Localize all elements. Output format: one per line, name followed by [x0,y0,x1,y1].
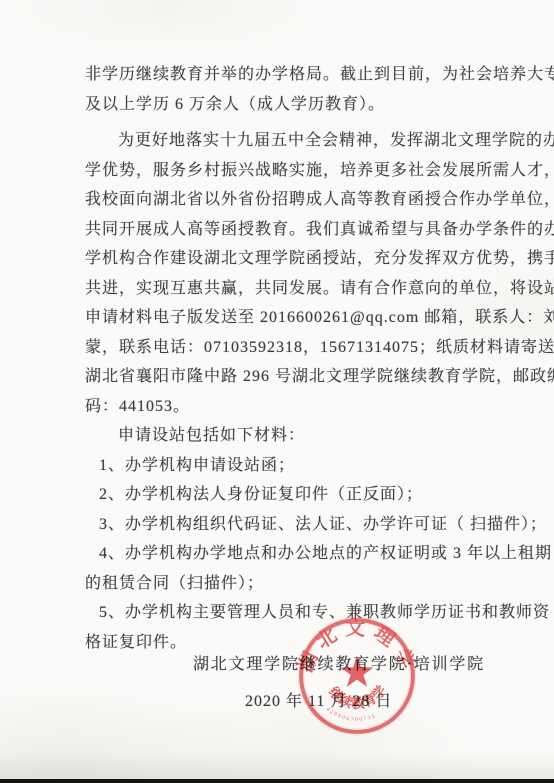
text-line: 码：441053。 [85,392,530,422]
document-body: 非学历继续教育并举的办学格局。截止到目前，为社会培养大专及以上学历 6 万余人（… [85,60,530,657]
seal-code-digits: 420806700725 [325,706,378,723]
text-line: 学机构合作建设湖北文理学院函授站，充分发挥双方优势，携手 [85,244,530,274]
text-line: 蒙，联系电话：07103592318，15671314075；纸质材料请寄送到 [85,333,530,363]
text-line: 湖北省襄阳市隆中路 296 号湖北文理学院继续教育学院，邮政编 [85,362,530,392]
text-line: 及以上学历 6 万余人（成人学历教育）。 [85,90,530,120]
text-line: 非学历继续教育并举的办学格局。截止到目前，为社会培养大专 [85,60,530,90]
official-seal: 湖北文理学院 继续教育学院 420806700725 [294,613,420,739]
text-line: 共同开展成人高等函授教育。我们真诚希望与具备办学条件的办 [85,215,530,245]
seal-star-icon [341,656,374,687]
scan-bottom-edge [0,779,554,783]
scanned-page: 非学历继续教育并举的办学格局。截止到目前，为社会培养大专及以上学历 6 万余人（… [0,0,554,783]
text-line: 1、办学机构申请设站函； [85,451,530,481]
text-line: 2、办学机构法人身份证复印件（正反面）； [85,480,530,510]
text-line: 学优势，服务乡村振兴战略实施，培养更多社会发展所需人才， [85,156,530,186]
text-line: 4、办学机构办学地点和办公地点的产权证明或 3 年以上租期 [85,539,530,569]
text-line: 申请设站包括如下材料： [85,421,530,451]
text-line: 申请材料电子版发送至 2016600261@qq.com 邮箱，联系人：刘雨 [85,303,530,333]
seal-graphic: 湖北文理学院 继续教育学院 420806700725 [294,613,420,739]
text-line: 我校面向湖北省以外省份招聘成人高等教育函授合作办学单位， [85,185,530,215]
text-line: 为更好地落实十九届五中全会精神，发挥湖北文理学院的办 [85,126,530,156]
text-line: 3、办学机构组织代码证、法人证、办学许可证（ 扫描件）； [85,510,530,540]
scan-bottom-shading [0,753,554,779]
text-line: 的租赁合同（扫描件）； [85,569,530,599]
text-line: 共进，实现互惠共赢，共同发展。请有合作意向的单位，将设站 [85,274,530,304]
